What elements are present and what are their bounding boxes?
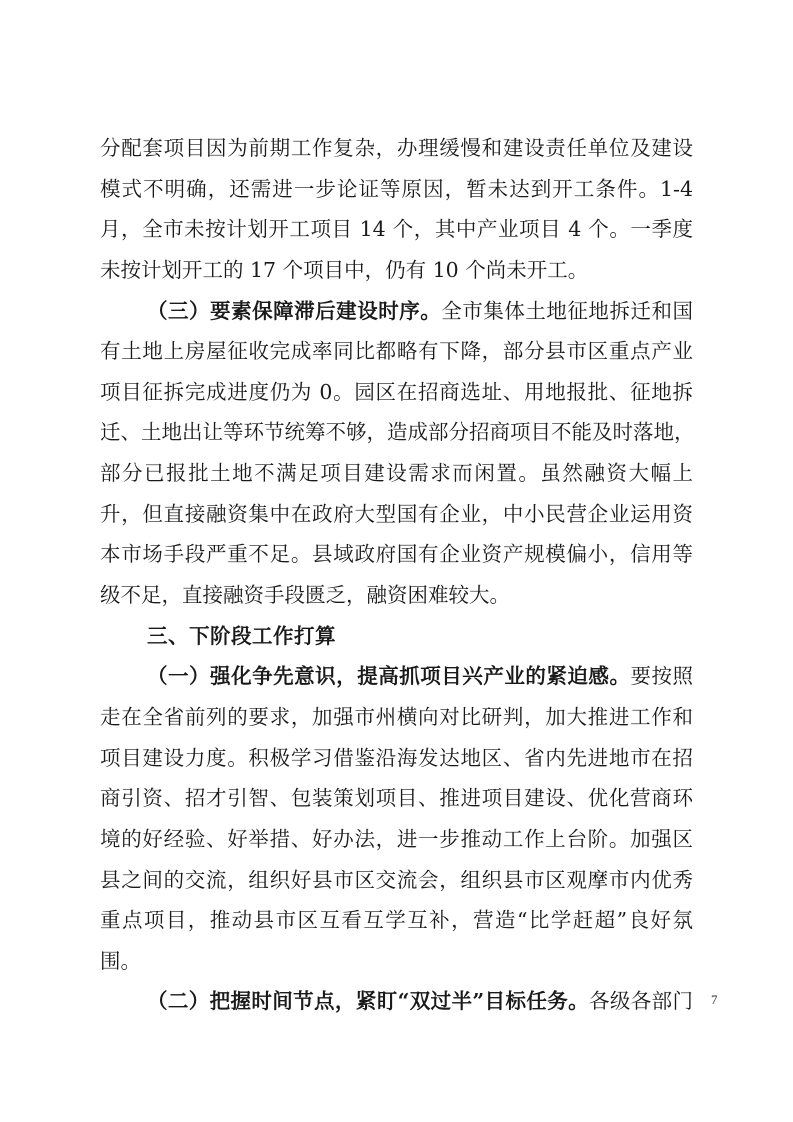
- subsection-text: 各级各部门: [589, 989, 693, 1013]
- text-line: 升，但直接融资集中在政府大型国有企业，中小民营企业运用资: [100, 494, 693, 535]
- text-line: 商引资、招才引智、包装策划项目、推进项目建设、优化营商环: [100, 778, 693, 819]
- text-line: 项目建设力度。积极学习借鉴沿海发达地区、省内先进地市在招: [100, 738, 693, 779]
- subsection-text: 全市集体土地征地拆迁和国: [441, 299, 693, 323]
- text-line: 走在全省前列的要求，加强市州横向对比研判，加大推进工作和: [100, 697, 693, 738]
- text-line: 月，全市未按计划开工项目 14 个，其中产业项目 4 个。一季度: [100, 209, 693, 250]
- subsection-title: （三）要素保障滞后建设时序。: [147, 299, 441, 323]
- page-number: 7: [711, 992, 718, 1008]
- text-line: 境的好经验、好举措、好办法，进一步推动工作上台阶。加强区: [100, 819, 693, 860]
- subsection-line: （二）把握时间节点，紧盯“双过半”目标任务。各级各部门: [100, 981, 693, 1022]
- subsection-line: （一）强化争先意识，提高抓项目兴产业的紧迫感。要按照: [100, 656, 693, 697]
- body-text: 分配套项目因为前期工作复杂，办理缓慢和建设责任单位及建设 模式不明确，还需进一步…: [100, 128, 693, 1022]
- subsection-line: （三）要素保障滞后建设时序。全市集体土地征地拆迁和国: [100, 291, 693, 332]
- text-line: 围。: [100, 941, 693, 982]
- text-line: 分配套项目因为前期工作复杂，办理缓慢和建设责任单位及建设: [100, 128, 693, 169]
- text-line: 有土地上房屋征收完成率同比都略有下降，部分县市区重点产业: [100, 331, 693, 372]
- text-line: 重点项目，推动县市区互看互学互补，营造“比学赶超”良好氛: [100, 900, 693, 941]
- document-page: 分配套项目因为前期工作复杂，办理缓慢和建设责任单位及建设 模式不明确，还需进一步…: [0, 0, 793, 1122]
- subsection-title: （二）把握时间节点，紧盯“双过半”目标任务。: [147, 989, 589, 1013]
- text-line: 迁、土地出让等环节统筹不够，造成部分招商项目不能及时落地，: [100, 412, 693, 453]
- subsection-title: （一）强化争先意识，提高抓项目兴产业的紧迫感。: [147, 664, 630, 688]
- subsection-text: 要按照: [630, 664, 693, 688]
- text-line: 模式不明确，还需进一步论证等原因，暂未达到开工条件。1-4: [100, 169, 693, 210]
- text-line: 县之间的交流，组织好县市区交流会，组织县市区观摩市内优秀: [100, 860, 693, 901]
- text-line: 级不足，直接融资手段匮乏，融资困难较大。: [100, 575, 693, 616]
- text-line: 项目征拆完成进度仍为 0。园区在招商选址、用地报批、征地拆: [100, 372, 693, 413]
- text-line: 本市场手段严重不足。县域政府国有企业资产规模偏小，信用等: [100, 534, 693, 575]
- section-heading: 三、下阶段工作打算: [100, 616, 693, 657]
- text-line: 未按计划开工的 17 个项目中，仍有 10 个尚未开工。: [100, 250, 693, 291]
- text-line: 部分已报批土地不满足项目建设需求而闲置。虽然融资大幅上: [100, 453, 693, 494]
